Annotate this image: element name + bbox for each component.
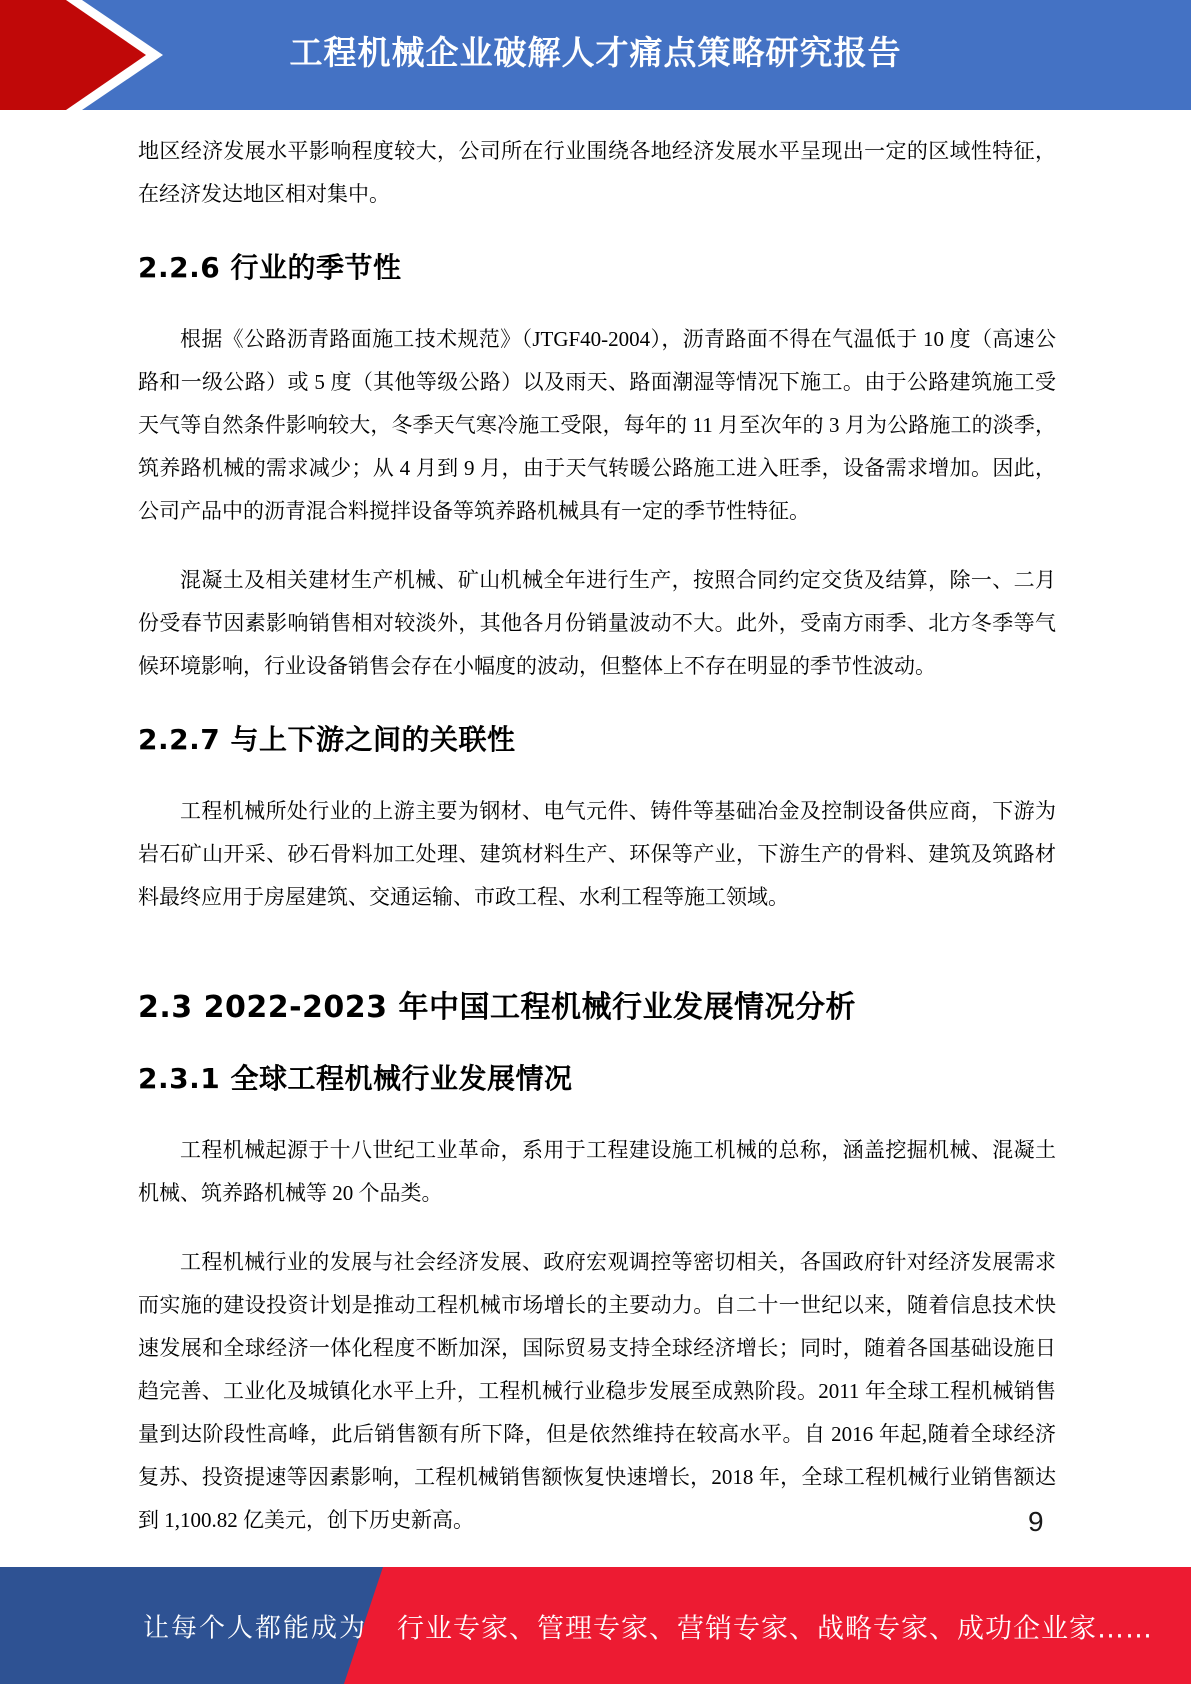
section-heading-2-3: 2.3 2022-2023 年中国工程机械行业发展情况分析 — [138, 989, 1056, 1027]
report-title: 工程机械企业破解人才痛点策略研究报告 — [0, 0, 1191, 74]
body-paragraph-global-2: 工程机械行业的发展与社会经济发展、政府宏观调控等密切相关，各国政府针对经济发展需… — [138, 1241, 1056, 1542]
section-heading-2-3-1: 2.3.1 全球工程机械行业发展情况 — [138, 1061, 1056, 1097]
body-paragraph-intro: 地区经济发展水平影响程度较大，公司所在行业围绕各地经济发展水平呈现出一定的区域性… — [138, 130, 1056, 216]
document-body: 地区经济发展水平影响程度较大，公司所在行业围绕各地经济发展水平呈现出一定的区域性… — [0, 110, 1191, 1568]
footer-slogan-left: 让每个人都能成为 — [143, 1607, 367, 1644]
body-paragraph-seasonality-2: 混凝土及相关建材生产机械、矿山机械全年进行生产，按照合同约定交货及结算，除一、二… — [138, 559, 1056, 688]
report-page: 工程机械企业破解人才痛点策略研究报告 地区经济发展水平影响程度较大，公司所在行业… — [0, 0, 1191, 1684]
body-paragraph-global-1: 工程机械起源于十八世纪工业革命，系用于工程建设施工机械的总称，涵盖挖掘机械、混凝… — [138, 1129, 1056, 1215]
body-paragraph-seasonality-1: 根据《公路沥青路面施工技术规范》（JTGF40-2004），沥青路面不得在气温低… — [138, 318, 1056, 533]
footer-slogan-right: 行业专家、管理专家、营销专家、战略专家、成功企业家…… — [397, 1606, 1153, 1645]
section-heading-2-2-6: 2.2.6 行业的季节性 — [138, 250, 1056, 286]
page-number: 9 — [1028, 1506, 1044, 1538]
report-header-banner: 工程机械企业破解人才痛点策略研究报告 — [0, 0, 1191, 110]
chevron-arrow-icon — [0, 0, 165, 110]
body-paragraph-upstream-downstream: 工程机械所处行业的上游主要为钢材、电气元件、铸件等基础冶金及控制设备供应商，下游… — [138, 790, 1056, 919]
footer-banner: 让每个人都能成为 行业专家、管理专家、营销专家、战略专家、成功企业家…… — [0, 1567, 1191, 1684]
section-heading-2-2-7: 2.2.7 与上下游之间的关联性 — [138, 722, 1056, 758]
